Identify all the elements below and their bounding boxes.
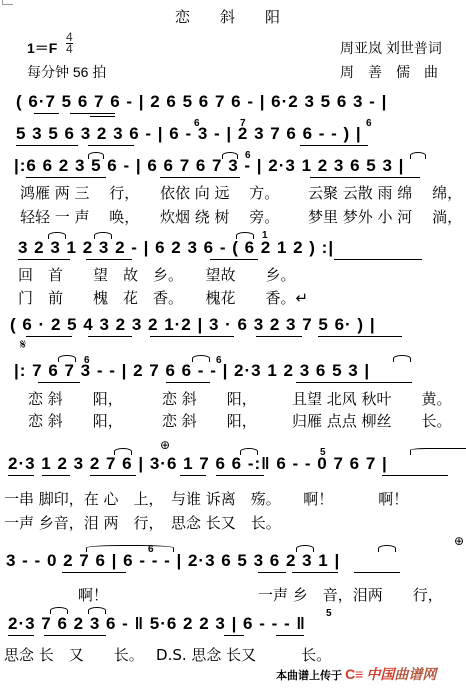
score-line-7: 2·3 1 2 3 2 7 6 | 3·6 1 7 6 6 -:‖ 6 - - …: [8, 454, 388, 474]
slur: [48, 232, 66, 239]
underline: [276, 635, 304, 636]
grace-note: 6: [194, 118, 200, 129]
lyric-v2: 门 前 槐 花 香。 槐花 香。↵: [18, 287, 308, 308]
underline: [8, 635, 34, 636]
key-label: 1＝F: [27, 40, 57, 56]
slur: [378, 545, 396, 552]
underline: [382, 475, 448, 476]
time-signature: 4 4: [66, 32, 73, 55]
underline: [256, 336, 302, 337]
song-title: 恋 斜 阳: [175, 6, 280, 27]
grace-note: 1: [262, 230, 268, 241]
site-name-secondary: 曲谱网: [394, 666, 436, 682]
grace-note: 6: [245, 150, 251, 161]
underline: [318, 336, 402, 337]
lyric-v1: 思念 长 又 长。 D.S. 思念 长又 长。: [4, 644, 331, 665]
lyric-v2: 炊烟 绕 树 旁。: [160, 206, 279, 227]
lyric-v1: 恋 斜 阳，: [28, 388, 123, 409]
slur: [86, 545, 174, 552]
underline: [62, 572, 126, 573]
lyric-v2: 轻轻 一 声 唤，: [20, 206, 139, 227]
lyric-v1: 一声 乡 音，泪两 行，: [258, 584, 443, 605]
underline: [210, 259, 258, 260]
underline: [224, 635, 244, 636]
lyric-v2: 恋 斜 阳，: [28, 410, 123, 431]
slur: [88, 152, 104, 159]
underline: [160, 177, 240, 178]
grace-note: 6: [366, 118, 372, 129]
grace-note: 5: [326, 608, 332, 619]
underline: [16, 145, 78, 146]
underline: [90, 116, 115, 117]
upload-note: 本曲谱上传于 C≡ 中国曲谱网: [276, 664, 436, 684]
underline: [70, 113, 115, 114]
composer-credit: 周 善 儒 曲: [340, 62, 438, 82]
underline: [216, 475, 264, 476]
key-signature: 1＝F: [27, 38, 57, 58]
site-logo-icon: C≡: [345, 666, 363, 682]
slur: [114, 448, 132, 455]
slur: [410, 152, 426, 159]
slur: [236, 232, 254, 239]
underline: [88, 145, 134, 146]
underline: [354, 572, 400, 573]
underline: [180, 475, 206, 476]
underline: [150, 336, 234, 337]
slur: [222, 152, 238, 159]
lyric-v1: 恋 斜 阳，: [162, 388, 257, 409]
lyric-v1: 一串 脚印，在 心 上， 与谁 诉离 殇。 啊！ 啊！: [4, 488, 408, 509]
lyric-v1: 云聚 云散 雨 绵 绵，: [308, 182, 462, 203]
grace-note: 5: [320, 447, 326, 458]
slur: [58, 355, 76, 362]
score-line-3: |:6 6 2 3 5 6 - | 6 6 7 6 7 3 - | 2·3 1 …: [14, 156, 404, 176]
tempo-marking: 每分钟 56 拍: [27, 62, 106, 82]
coda-sign: ⊕: [454, 534, 464, 548]
score-line-1: ( 6·7 5 6 7 6 - | 2 6 5 6 7 6 - | 6·2 3 …: [16, 92, 387, 112]
underline: [26, 336, 72, 337]
slur: [296, 545, 314, 552]
slur: [240, 448, 258, 455]
slur: [192, 355, 210, 362]
grace-note: 6: [216, 355, 222, 366]
score-line-6: |: 7 6 7 3 - - | 2 7 6 6 - - | 2·3 1 2 3…: [14, 361, 370, 381]
slur: [410, 448, 466, 455]
lyric-v2: 归雁 点点 柳丝 长。: [292, 410, 452, 431]
underline: [258, 572, 286, 573]
score-line-2: 5 3 5 6 3 2 3 6 - | 6 - 3 - | 2 3 7 6 6 …: [16, 124, 362, 144]
page-corner-mark: [2, 0, 13, 5]
lyric-v1: 鸿雁 两 三 行，: [20, 182, 139, 203]
underline: [18, 259, 70, 260]
score-line-8: 3 - - 0 2 7 6 | 6 - - - | 2·3 6 5 3 6 2 …: [6, 551, 340, 571]
underline: [292, 572, 338, 573]
grace-note: 7: [240, 118, 246, 129]
grace-note: 6: [84, 355, 90, 366]
underline: [8, 475, 34, 476]
lyric-v1: 回 首 望 故 乡。 望故 乡。: [18, 264, 296, 285]
slur: [393, 355, 411, 362]
lyric-v2: 一声 乡音，泪 两 行， 思念 长又 长。: [4, 512, 281, 533]
underline: [334, 259, 422, 260]
lyricist-credit: 周亚岚 刘世普词: [340, 38, 442, 58]
underline: [44, 635, 106, 636]
underline: [38, 382, 80, 383]
lyric-v1: 啊！: [78, 584, 108, 605]
grace-note: 6: [148, 544, 154, 555]
underline: [166, 382, 210, 383]
underline: [42, 475, 70, 476]
slur: [50, 607, 68, 614]
lyric-v2: 恋 斜 阳，: [162, 410, 257, 431]
site-name-primary: 中国: [366, 666, 394, 682]
slur: [94, 232, 112, 239]
score-line-4: 3 2 3 1 2 3 2 - | 6 2 3 6 - ( 6 2 1 2 ) …: [18, 238, 334, 258]
underline: [90, 475, 136, 476]
underline: [86, 259, 132, 260]
upload-text: 本曲谱上传于: [276, 670, 342, 682]
slur: [88, 607, 106, 614]
underline: [300, 145, 368, 146]
coda-sign: ⊕: [160, 438, 170, 452]
score-line-9: 2·3 7 6 2 3 6 - ‖ 5·6 2 2 3 | 6 - - - ‖: [8, 614, 306, 634]
underline: [296, 382, 412, 383]
time-sig-bottom: 4: [66, 43, 73, 55]
underline: [26, 177, 106, 178]
underline: [310, 177, 420, 178]
underline: [34, 113, 59, 114]
lyric-v1: 依依 向 远 方。: [160, 182, 279, 203]
underline: [88, 336, 132, 337]
lyric-v2: 梦里 梦外 小 河 淌，: [308, 206, 462, 227]
lyric-v1: 且望 北风 秋叶 黄。: [292, 388, 452, 409]
score-line-5: ( 6 · 2 5 4 3 2 3 2 1·2 | 3 · 6 3 2 3 7 …: [10, 315, 376, 335]
segno-sign: 𝄋: [20, 336, 26, 353]
